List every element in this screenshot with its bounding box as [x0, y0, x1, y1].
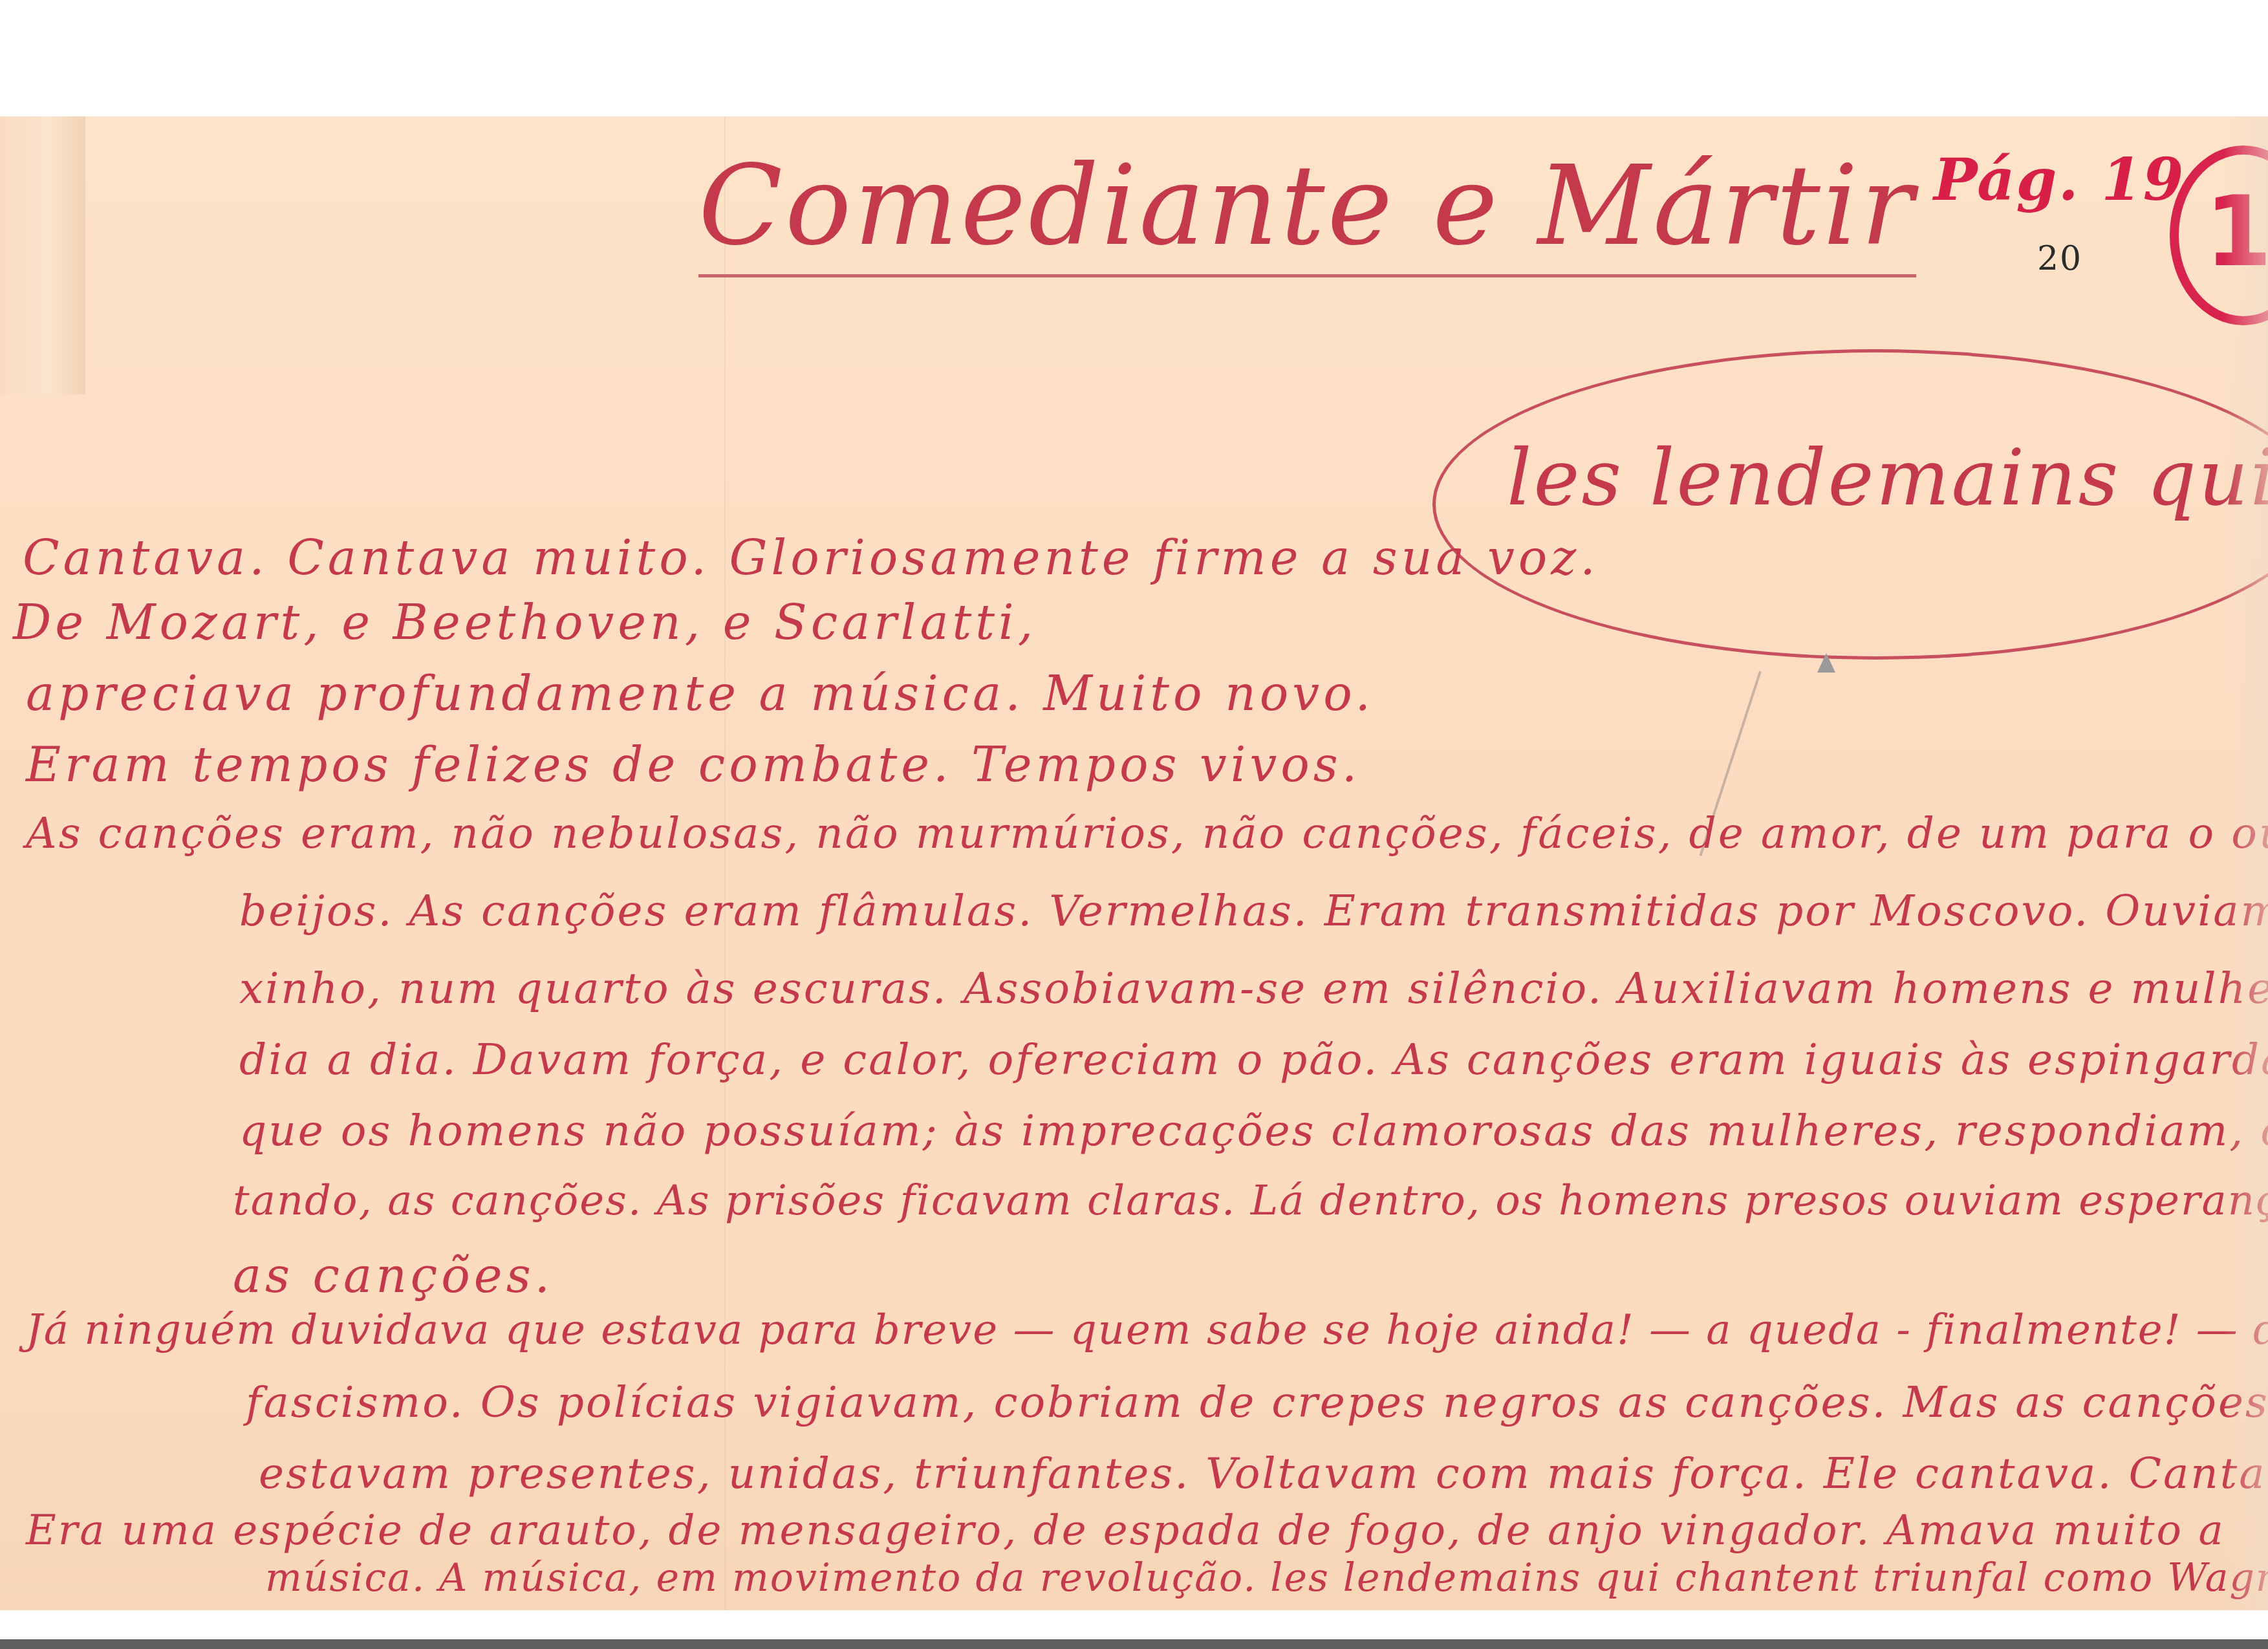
text-line: Era uma espécie de arauto, de mensageiro… [26, 1507, 2225, 1555]
circled-note: les lendemains qui chantent [1507, 433, 2268, 523]
text-line: tando, as canções. As prisões ficavam cl… [233, 1177, 2268, 1225]
text-line: As canções eram, não nebulosas, não murm… [26, 808, 2268, 858]
pencil-page-number: 20 [2037, 239, 2082, 278]
text-line: apreciava profundamente a música. Muito … [26, 666, 1374, 722]
text-line: Eram tempos felizes de combate. Tempos v… [26, 737, 1361, 793]
text-line: De Mozart, e Beethoven, e Scarlatti, [13, 595, 1037, 651]
manuscript-page: Comediante e Mártir Pág. 19 20 1. les le… [0, 116, 2268, 1610]
text-line: que os homens não possuíam; às imprecaçõ… [239, 1106, 2268, 1156]
text-line: xinho, num quarto às escuras. Assobiavam… [239, 964, 2268, 1013]
text-line: dia a dia. Davam força, e calor, ofereci… [239, 1035, 2268, 1084]
text-line: estavam presentes, unidas, triunfantes. … [259, 1449, 2268, 1498]
text-line: as canções. [233, 1248, 554, 1304]
text-line: Cantava. Cantava muito. Gloriosamente fi… [23, 530, 1599, 586]
page-title: Comediante e Mártir [698, 142, 1916, 277]
text-line: Já ninguém duvidava que estava para brev… [26, 1306, 2268, 1354]
text-line: música. A música, em movimento da revolu… [265, 1555, 2268, 1600]
pencil-arrow-icon [1817, 653, 1835, 673]
text-line: beijos. As canções eram flâmulas. Vermel… [239, 886, 2268, 936]
page-label: Pág. 19 [1934, 145, 2185, 214]
text-line: fascismo. Os polícias vigiavam, cobriam … [246, 1377, 2268, 1427]
folded-corner [0, 116, 85, 394]
scanner-edge [0, 1639, 2268, 1649]
